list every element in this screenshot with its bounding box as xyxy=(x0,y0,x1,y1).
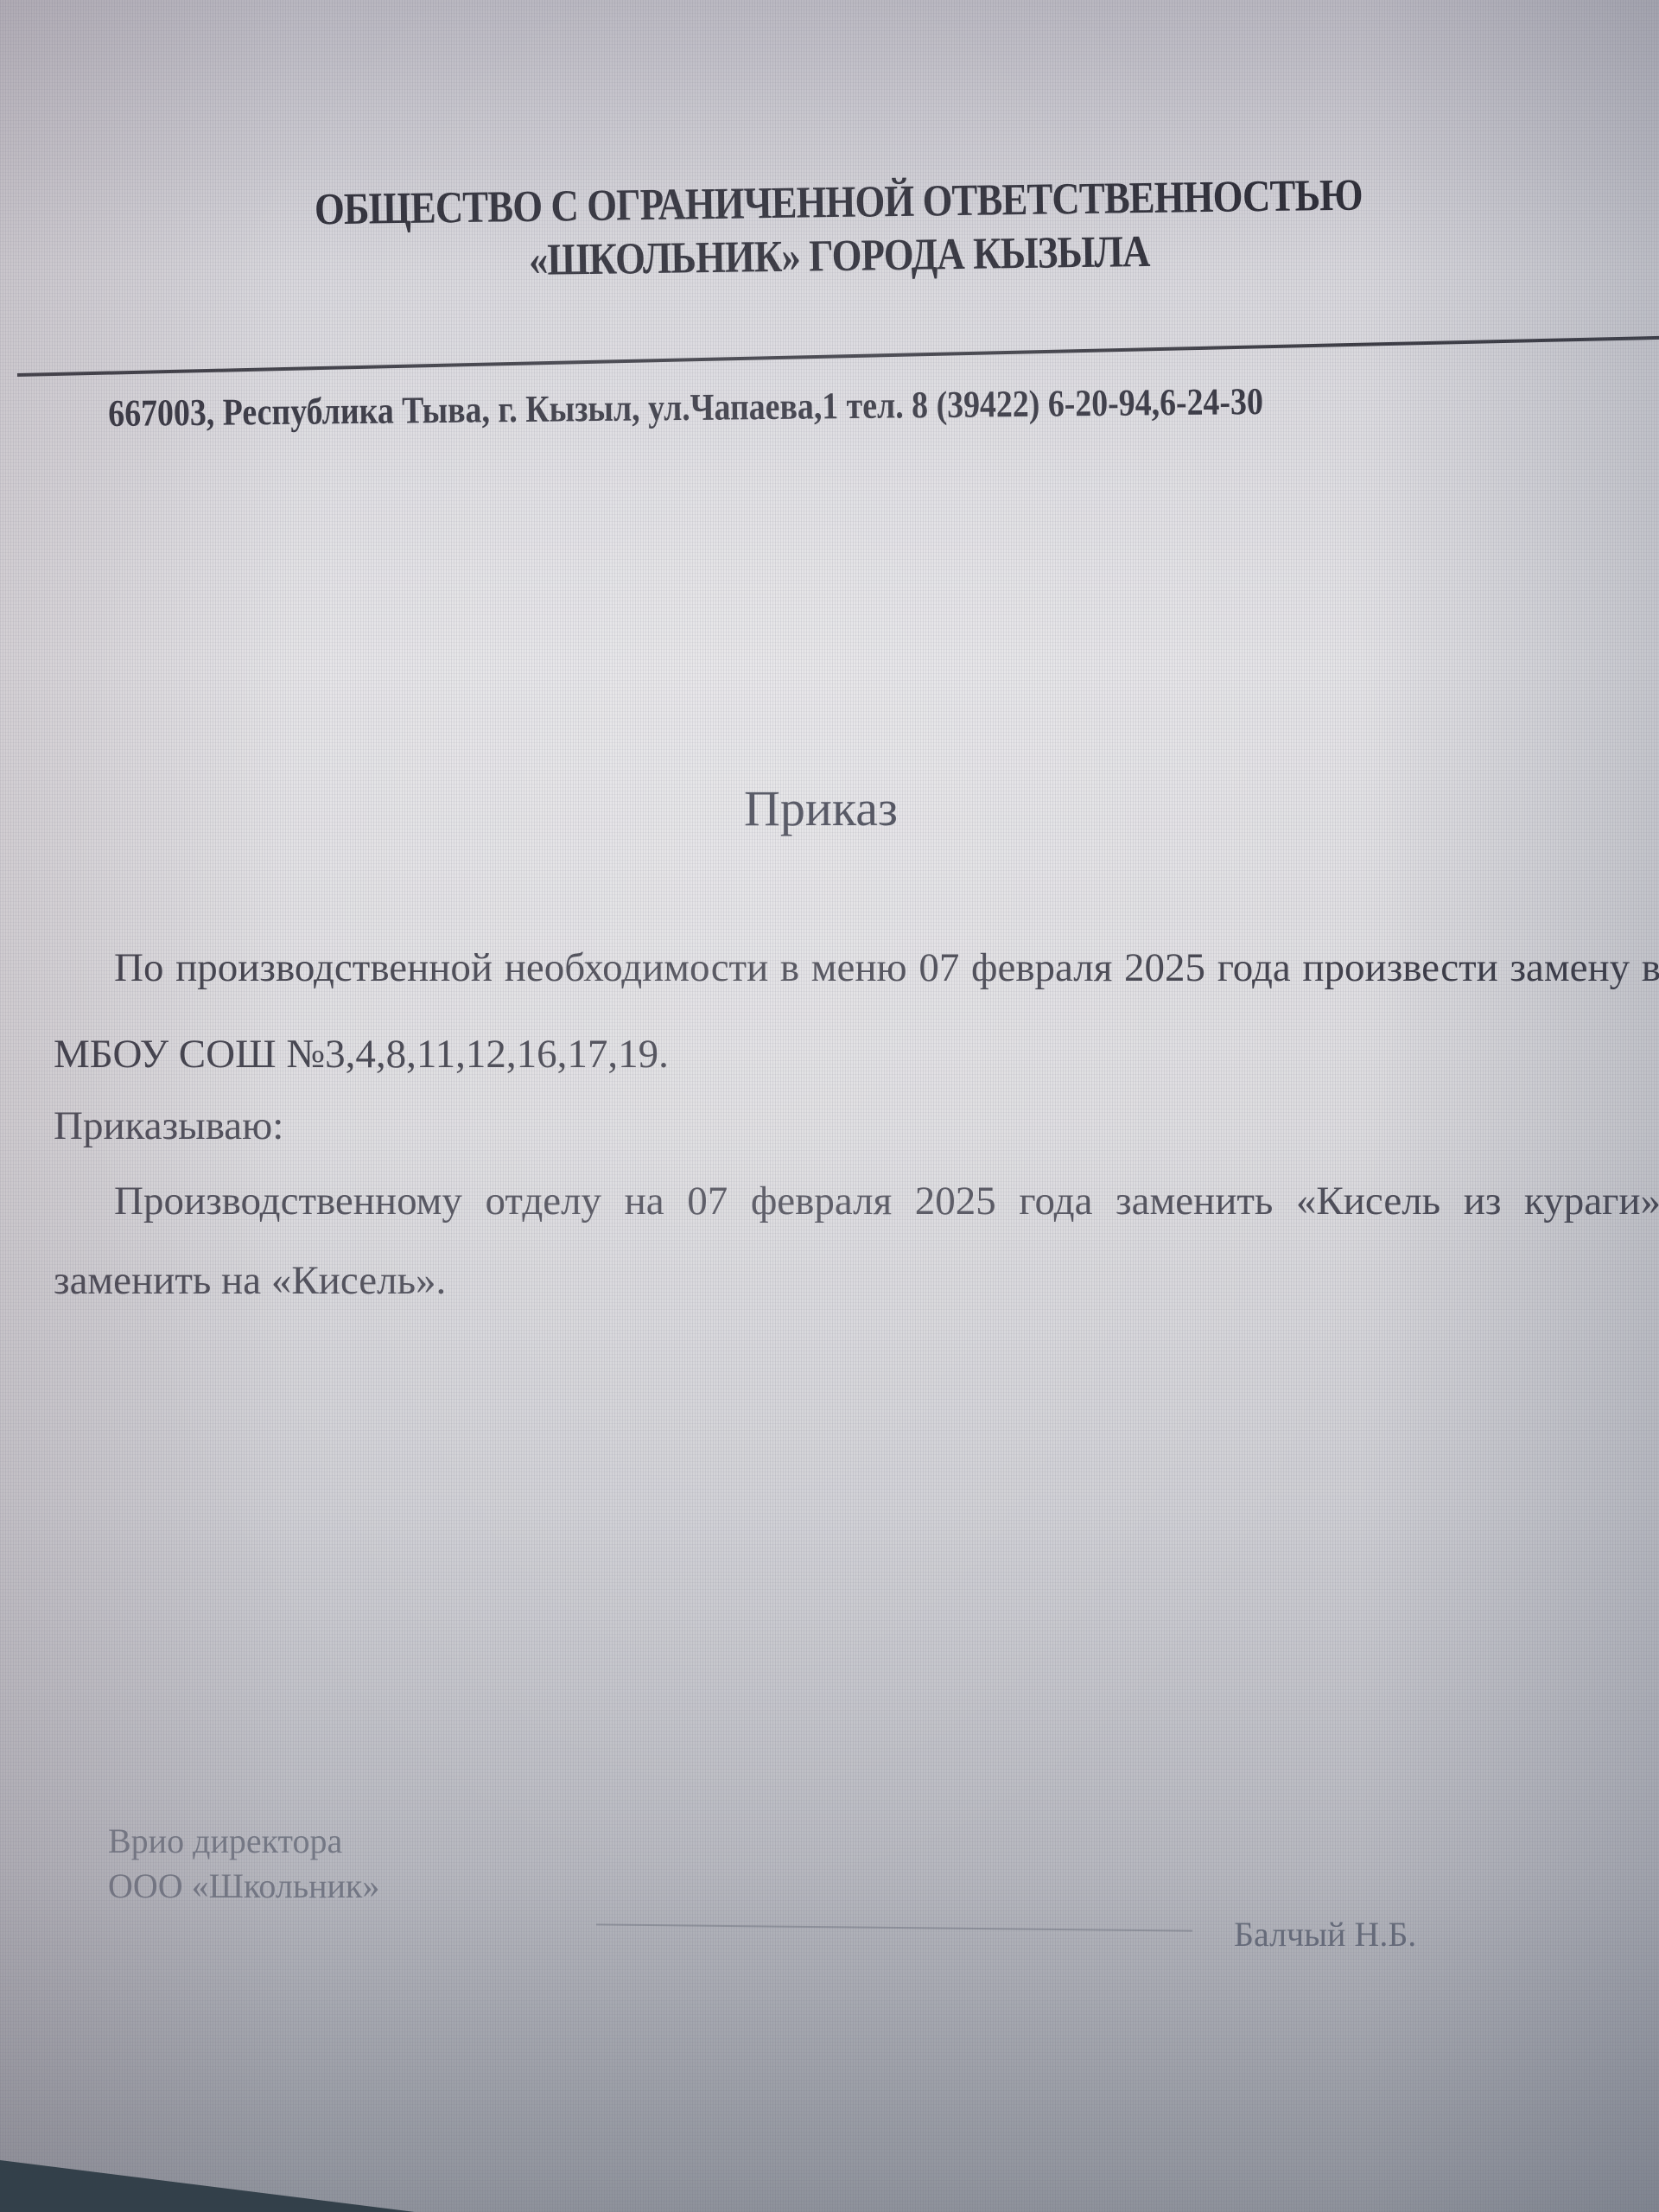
header-divider xyxy=(17,335,1659,377)
signer-position-line-2: ООО «Школьник» xyxy=(108,1864,379,1909)
signer-position-line-1: Врио директора xyxy=(108,1819,379,1864)
document-title: Приказ xyxy=(0,779,1642,837)
document-page: ОБЩЕСТВО С ОГРАНИЧЕННОЙ ОТВЕТСТВЕННОСТЬЮ… xyxy=(0,0,1659,2212)
signature-line xyxy=(596,1923,1192,1931)
organization-address: 667003, Республика Тыва, г. Кызыл, ул.Ча… xyxy=(108,379,1263,435)
document-body: По производственной необходимости в меню… xyxy=(54,925,1659,1320)
paragraph-replacement-notice: По производственной необходимости в меню… xyxy=(54,925,1659,1097)
paragraph-order-instruction: Производственному отделу на 07 февраля 2… xyxy=(54,1161,1659,1320)
organization-header: ОБЩЕСТВО С ОГРАНИЧЕННОЙ ОТВЕТСТВЕННОСТЬЮ… xyxy=(156,167,1522,293)
signature-block: Врио директора ООО «Школьник» xyxy=(108,1819,379,1909)
signer-name: Балчый Н.Б. xyxy=(1234,1914,1416,1955)
order-word: Приказываю: xyxy=(54,1090,1659,1161)
